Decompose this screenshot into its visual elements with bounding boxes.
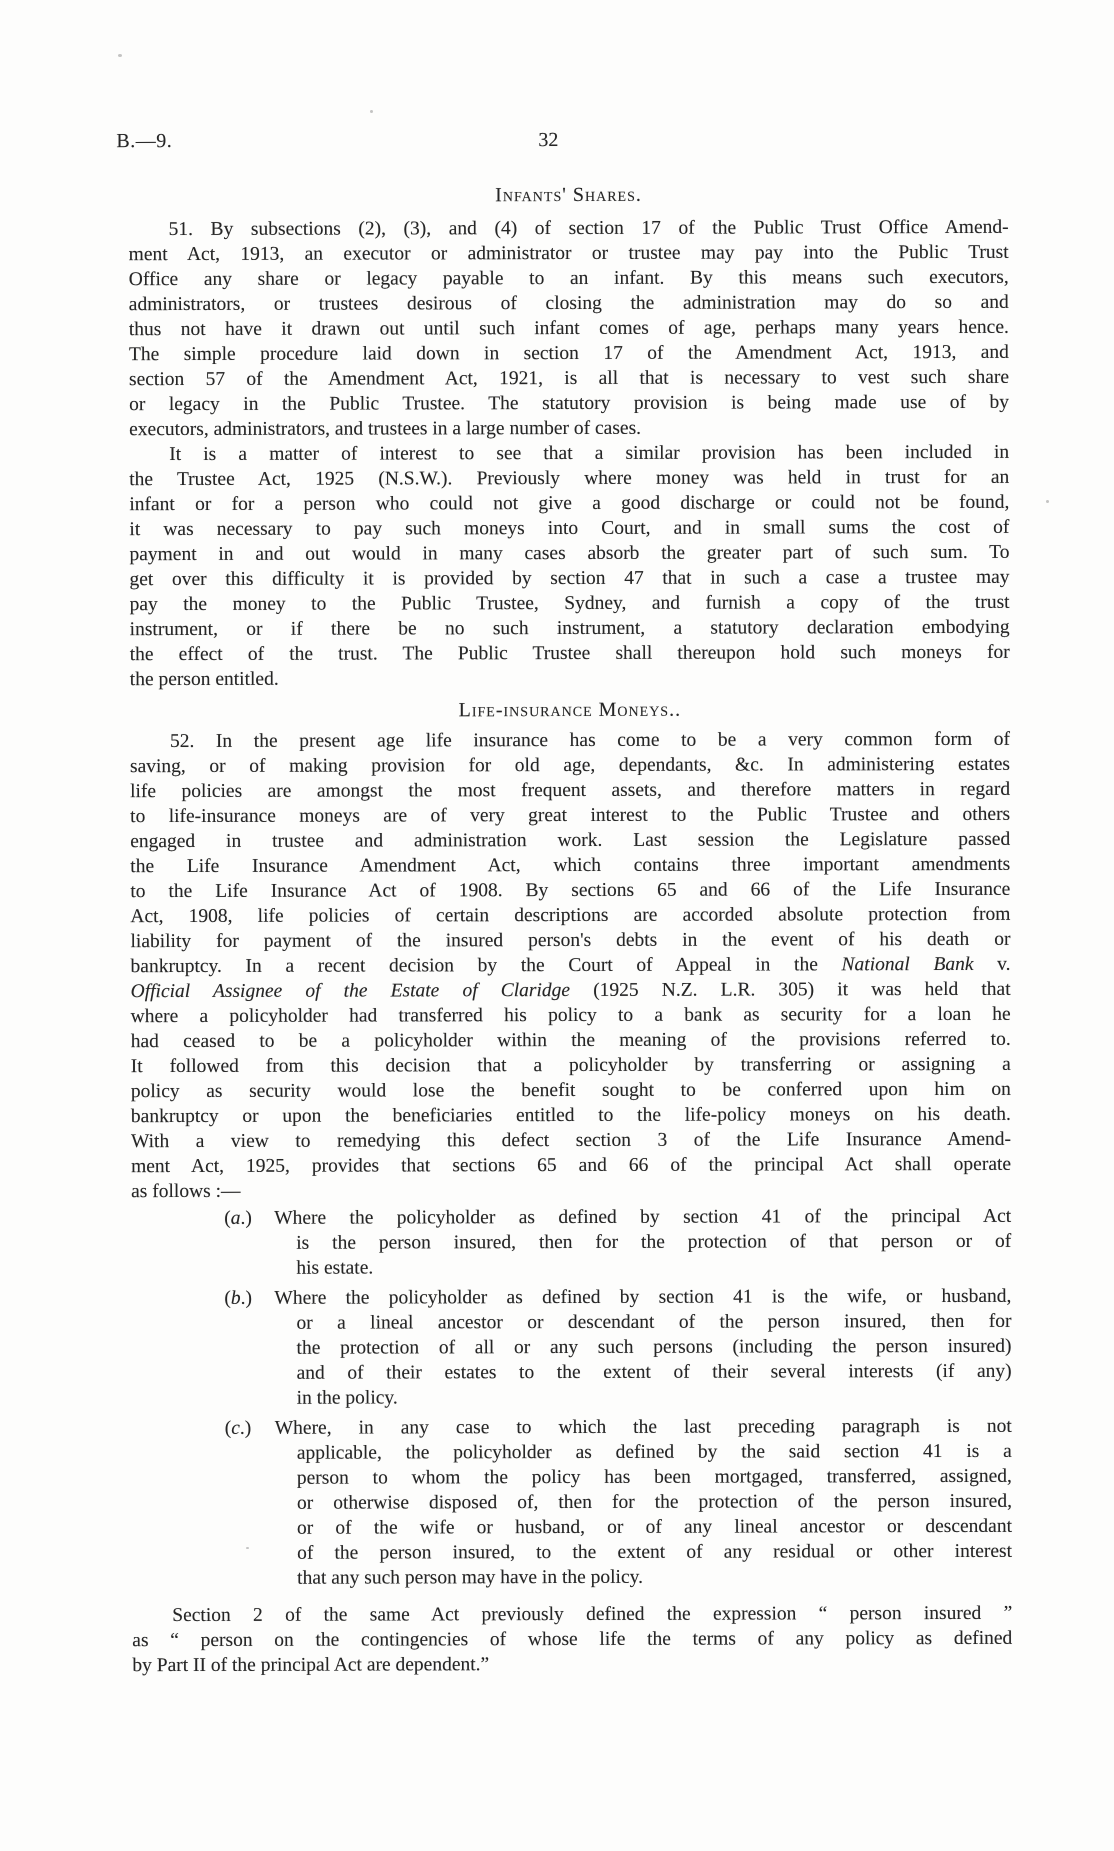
text-line: executors, administrators, and trustees … [129, 415, 1009, 442]
text-line: With a view to remedying this defect sec… [131, 1127, 1011, 1154]
text-line: It followed from this decision that a po… [131, 1052, 1011, 1079]
page-number: 32 [128, 127, 968, 154]
text-line: applicable, the policyholder as defined … [297, 1439, 1012, 1466]
scan-speck [118, 54, 122, 57]
text-line: 52. In the present age life insurance ha… [130, 727, 1010, 754]
text-line: payment in and out would in many cases a… [129, 540, 1009, 567]
paragraph-52: 52. In the present age life insurance ha… [130, 727, 1011, 1204]
text-line: bankruptcy. In a recent decision by the … [130, 952, 1010, 979]
page-header: B.—9. 32 [128, 127, 1008, 154]
text-line: the effect of the trust. The Public Trus… [130, 640, 1010, 667]
clause-list: (a.)Where the policyholder as defined by… [131, 1204, 1012, 1591]
text-line: the protection of all or any such person… [296, 1334, 1011, 1361]
text-line: of the person insured, to the extent of … [297, 1539, 1012, 1566]
text-line: policy as security would lose the benefi… [131, 1077, 1011, 1104]
paragraph-51-part1: 51. By subsections (2), (3), and (4) of … [129, 215, 1010, 442]
clause-marker: (b.) [224, 1286, 252, 1311]
text-line: thus not have it drawn out until such in… [129, 315, 1009, 342]
text-line: it was necessary to pay such moneys into… [129, 515, 1009, 542]
text-line: had ceased to be a policyholder within t… [131, 1027, 1011, 1054]
text-line: engaged in trustee and administration wo… [130, 827, 1010, 854]
text-line: instrument, or if there be no such instr… [130, 615, 1010, 642]
text-line: the Life Insurance Amendment Act, which … [130, 852, 1010, 879]
text-line: or a lineal ancestor or descendant of th… [296, 1309, 1011, 1336]
text-line: 51. By subsections (2), (3), and (4) of … [129, 215, 1009, 242]
page-content: B.—9. 32 Infants' Shares. 51. By subsect… [128, 0, 1012, 1678]
text-line: The simple procedure laid down in sectio… [129, 340, 1009, 367]
scanned-document-page: B.—9. 32 Infants' Shares. 51. By subsect… [0, 0, 1114, 1851]
text-line: infant or for a person who could not giv… [129, 490, 1009, 517]
text-line: is the person insured, then for the prot… [296, 1229, 1011, 1256]
text-line: It is a matter of interest to see that a… [129, 440, 1009, 467]
text-line: or of the wife or husband, or of any lin… [297, 1514, 1012, 1541]
section-heading-infants-shares: Infants' Shares. [128, 182, 1008, 209]
text-line: and of their estates to the extent of th… [297, 1359, 1012, 1386]
text-line: Section 2 of the same Act previously def… [132, 1601, 1012, 1628]
text-line: to life-insurance moneys are of very gre… [130, 802, 1010, 829]
text-line: the Trustee Act, 1925 (N.S.W.). Previous… [129, 465, 1009, 492]
text-line: Office any share or legacy payable to an… [129, 265, 1009, 292]
text-line: life policies are amongst the most frequ… [130, 777, 1010, 804]
text-line: where a policyholder had transferred his… [131, 1002, 1011, 1029]
text-line: the person entitled. [130, 665, 1010, 692]
closing-paragraph: Section 2 of the same Act previously def… [132, 1601, 1012, 1678]
text-line: as “ person on the contingencies of whos… [132, 1626, 1012, 1653]
text-line: liability for payment of the insured per… [130, 927, 1010, 954]
text-line: or legacy in the Public Trustee. The sta… [129, 390, 1009, 417]
text-line: bankruptcy or upon the beneficiaries ent… [131, 1102, 1011, 1129]
text-line: to the Life Insurance Act of 1908. By se… [130, 877, 1010, 904]
text-line: in the policy. [297, 1384, 1012, 1411]
text-line: by Part II of the principal Act are depe… [132, 1651, 1012, 1678]
scan-speck [246, 1547, 249, 1549]
scan-speck [370, 110, 373, 113]
text-line: as follows :— [131, 1177, 1011, 1204]
text-line: section 57 of the Amendment Act, 1921, i… [129, 365, 1009, 392]
text-line: (c.)Where, in any case to which the last… [275, 1414, 1012, 1441]
text-line: person to whom the policy has been mortg… [297, 1464, 1012, 1491]
clause-item: (b.)Where the policyholder as defined by… [131, 1284, 1011, 1411]
clause-item: (a.)Where the policyholder as defined by… [131, 1204, 1011, 1281]
section-heading-life-insurance-moneys: Life-insurance Moneys.. [130, 697, 1010, 724]
clause-marker: (a.) [224, 1206, 252, 1231]
text-line: Official Assignee of the Estate of Clari… [131, 977, 1011, 1004]
scan-speck [1046, 500, 1049, 503]
text-line: his estate. [296, 1254, 1011, 1281]
text-line: Act, 1908, life policies of certain desc… [130, 902, 1010, 929]
text-line: that any such person may have in the pol… [297, 1564, 1012, 1591]
clause-marker: (c.) [225, 1416, 252, 1441]
text-line: administrators, or trustees desirous of … [129, 290, 1009, 317]
text-line: get over this difficulty it is provided … [129, 565, 1009, 592]
paragraph-51-part2: It is a matter of interest to see that a… [129, 440, 1010, 692]
text-line: (a.)Where the policyholder as defined by… [274, 1204, 1011, 1231]
text-line: pay the money to the Public Trustee, Syd… [130, 590, 1010, 617]
text-line: or otherwise disposed of, then for the p… [297, 1489, 1012, 1516]
clause-item: (c.)Where, in any case to which the last… [132, 1414, 1012, 1591]
text-line: saving, or of making provision for old a… [130, 752, 1010, 779]
text-line: ment Act, 1913, an executor or administr… [129, 240, 1009, 267]
text-line: (b.)Where the policyholder as defined by… [274, 1284, 1011, 1311]
text-line: ment Act, 1925, provides that sections 6… [131, 1152, 1011, 1179]
